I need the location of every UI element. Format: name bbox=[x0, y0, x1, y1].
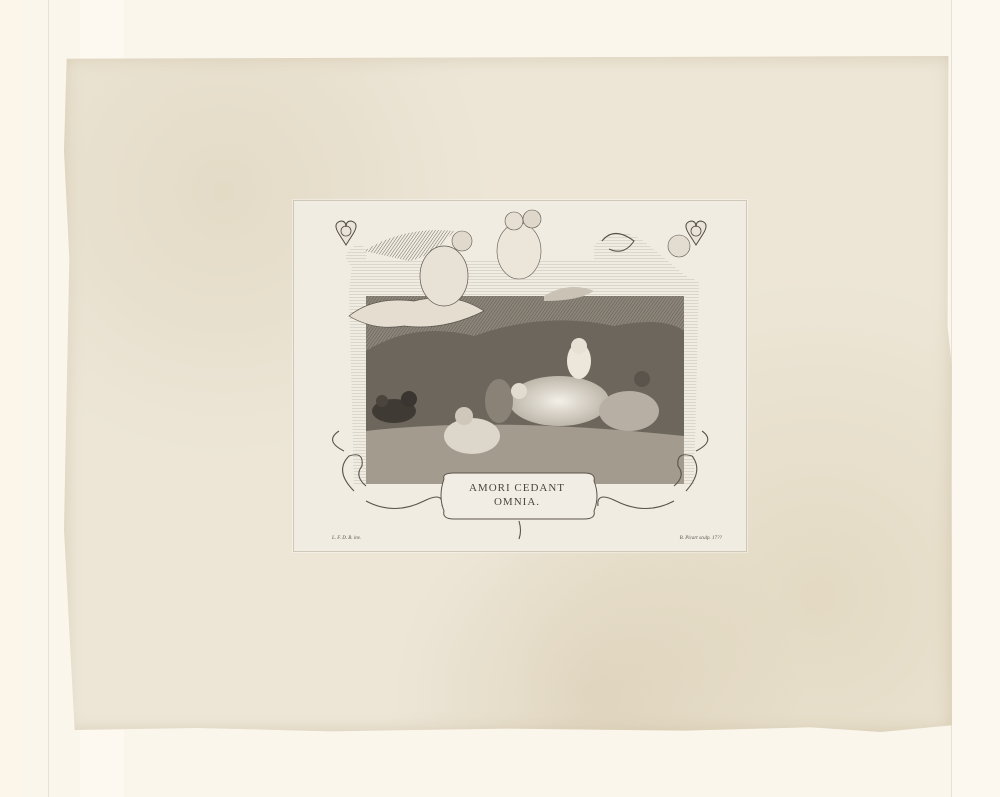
engraver-credit: B. Picart sculp. 17?? bbox=[680, 536, 722, 541]
inventor-credit: L. F. D. B. inv. bbox=[332, 536, 361, 541]
landscape-scene bbox=[366, 320, 684, 484]
mount-line bbox=[48, 0, 49, 797]
engraved-plate: AMORI CEDANT OMNIA. L. F. D. B. inv. B. … bbox=[293, 200, 747, 552]
mount-strip bbox=[0, 0, 20, 797]
heart-medallion-left bbox=[336, 221, 356, 245]
motto-line-2: OMNIA. bbox=[442, 495, 592, 509]
motto-text: AMORI CEDANT OMNIA. bbox=[442, 481, 592, 509]
motto-line-1: AMORI CEDANT bbox=[442, 481, 592, 495]
mount-strip bbox=[952, 0, 1000, 797]
